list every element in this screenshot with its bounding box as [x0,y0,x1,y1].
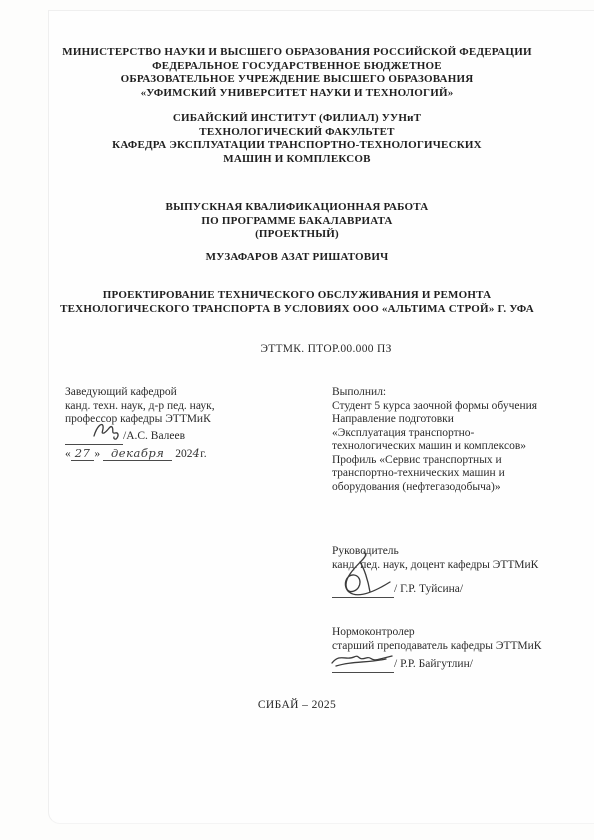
thesis-title: ПРОЕКТИРОВАНИЕ ТЕХНИЧЕСКОГО ОБСЛУЖИВАНИЯ… [0,289,594,316]
department-head-title: профессор кафедры ЭТТМиК [65,413,327,427]
work-type-block: ВЫПУСКНАЯ КВАЛИФИКАЦИОННАЯ РАБОТА ПО ПРО… [0,201,594,242]
department-name-line: КАФЕДРА ЭКСПЛУАТАЦИИ ТРАНСПОРТНО-ТЕХНОЛО… [0,139,594,153]
performer-block: Выполнил: Студент 5 курса заочной формы … [332,386,576,494]
ministry-line: МИНИСТЕРСТВО НАУКИ И ВЫСШЕГО ОБРАЗОВАНИЯ… [0,46,594,60]
performer-line: технологических машин и комплексов» [332,440,576,454]
supervisor-degree: канд. пед. наук, доцент кафедры ЭТТМиК [332,559,582,573]
signature-line [332,658,394,673]
supervisor-block: Руководитель канд. пед. наук, доцент каф… [332,545,582,598]
date-year-suffix: г. [200,448,206,460]
signature-line [332,583,394,598]
performer-line: Студент 5 курса заочной формы обучения [332,400,576,414]
norm-control-degree: старший преподаватель кафедры ЭТТМиК [332,640,582,654]
document-code: ЭТТМК. ПТОР.00.000 ПЗ [29,343,594,355]
norm-control-name: / Р.Р. Байгутлин/ [394,658,473,670]
ministry-line: ОБРАЗОВАТЕЛЬНОЕ УЧРЕЖДЕНИЕ ВЫСШЕГО ОБРАЗ… [0,73,594,87]
performer-line: «Эксплуатация транспортно- [332,427,576,441]
norm-control-block: Нормоконтролер старший преподаватель каф… [332,626,582,673]
thesis-title-line: ТЕХНОЛОГИЧЕСКОГО ТРАНСПОРТА В УСЛОВИЯХ О… [0,303,594,317]
faculty-name: ТЕХНОЛОГИЧЕСКИЙ ФАКУЛЬТЕТ [0,126,594,140]
ministry-header-block: МИНИСТЕРСТВО НАУКИ И ВЫСШЕГО ОБРАЗОВАНИЯ… [0,46,594,100]
performer-line: Направление подготовки [332,413,576,427]
date-day-handwritten: 27 [71,446,95,461]
department-name-line: МАШИН И КОМПЛЕКСОВ [0,153,594,167]
work-type: ВЫПУСКНАЯ КВАЛИФИКАЦИОННАЯ РАБОТА [0,201,594,215]
quote-open: « [65,448,71,460]
work-format: (ПРОЕКТНЫЙ) [0,228,594,242]
norm-control-label: Нормоконтролер [332,626,582,640]
performer-label: Выполнил: [332,386,576,400]
supervisor-signature-row: / Г.Р. Туйсина/ [332,580,582,598]
author-name: МУЗАФАРОВ АЗАТ РИШАТОВИЧ [0,251,594,265]
date-year-printed: 202 [175,448,192,460]
department-head-degree: канд. техн. наук, д-р пед. наук, [65,400,327,414]
signature-line [65,430,123,445]
department-head-name: /А.С. Валеев [123,430,185,442]
institute-block: СИБАЙСКИЙ ИНСТИТУТ (ФИЛИАЛ) УУНиТ ТЕХНОЛ… [0,112,594,166]
performer-line: транспортно-технических машин и [332,467,576,481]
approval-date-line: «27» декабря 2024г. [65,445,327,463]
work-program: ПО ПРОГРАММЕ БАКАЛАВРИАТА [0,215,594,229]
footer-city-year: СИБАЙ – 2025 [0,699,594,711]
thesis-title-line: ПРОЕКТИРОВАНИЕ ТЕХНИЧЕСКОГО ОБСЛУЖИВАНИЯ… [0,289,594,303]
quote-close: » [94,448,100,460]
ministry-line: ФЕДЕРАЛЬНОЕ ГОСУДАРСТВЕННОЕ БЮДЖЕТНОЕ [0,60,594,74]
supervisor-label: Руководитель [332,545,582,559]
performer-line: оборудования (нефтегазодобыча)» [332,481,576,495]
date-month-handwritten: декабря [103,446,172,461]
institute-name: СИБАЙСКИЙ ИНСТИТУТ (ФИЛИАЛ) УУНиТ [0,112,594,126]
performer-line: Профиль «Сервис транспортных и [332,454,576,468]
supervisor-name: / Г.Р. Туйсина/ [394,583,463,595]
department-head-signature-row: /А.С. Валеев [65,427,327,445]
department-head-block: Заведующий кафедрой канд. техн. наук, д-… [65,386,327,463]
norm-control-signature-row: / Р.Р. Байгутлин/ [332,655,582,673]
department-head-position: Заведующий кафедрой [65,386,327,400]
university-name: «УФИМСКИЙ УНИВЕРСИТЕТ НАУКИ И ТЕХНОЛОГИЙ… [0,87,594,101]
